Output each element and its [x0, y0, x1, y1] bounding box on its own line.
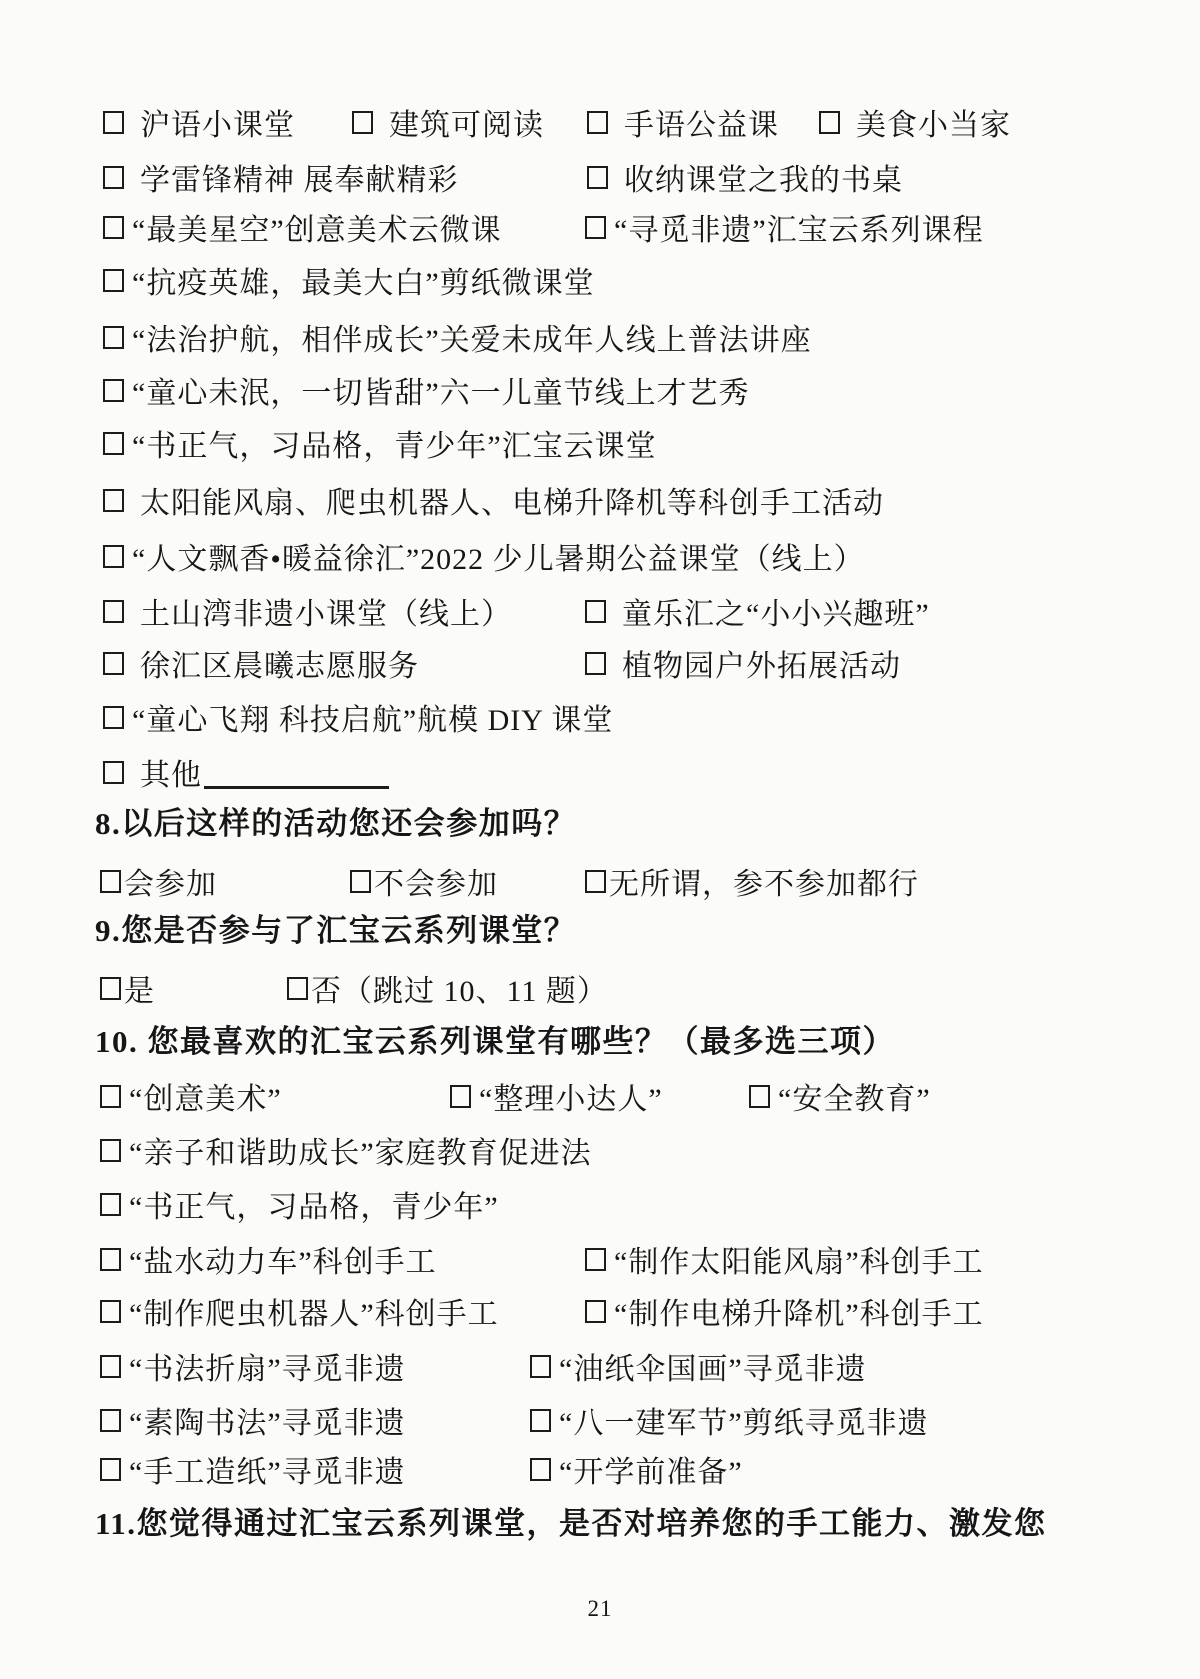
- checkbox-icon[interactable]: [100, 1458, 121, 1481]
- survey-option[interactable]: “安全教育”: [749, 1076, 931, 1116]
- survey-option[interactable]: “童心未泯，一切皆甜”六一儿童节线上才艺秀: [103, 370, 750, 410]
- option-label: “手工造纸”寻觅非遗: [129, 1447, 406, 1491]
- option-label: 沪语小课堂: [140, 100, 295, 144]
- option-label: 是: [124, 966, 155, 1010]
- checkbox-icon[interactable]: [530, 1409, 551, 1432]
- survey-option[interactable]: “制作电梯升降机”科创手工: [585, 1291, 984, 1331]
- checkbox-icon[interactable]: [103, 111, 124, 134]
- option-label: “法治护航，相伴成长”关爱未成年人线上普法讲座: [132, 315, 812, 359]
- checkbox-icon[interactable]: [103, 652, 124, 675]
- option-label: “书正气，习品格，青少年”: [129, 1182, 499, 1226]
- option-label: 不会参加: [374, 859, 498, 903]
- survey-option[interactable]: 不会参加: [350, 861, 498, 901]
- survey-option[interactable]: “书正气，习品格，青少年”汇宝云课堂: [103, 423, 657, 463]
- survey-option[interactable]: 建筑可阅读: [352, 102, 544, 142]
- option-label: 童乐汇之“小小兴趣班”: [622, 589, 930, 633]
- option-label: 否（跳过 10、11 题）: [311, 966, 608, 1010]
- option-label: “创意美术”: [129, 1074, 282, 1118]
- option-label: “制作太阳能风扇”科创手工: [614, 1237, 984, 1281]
- option-label: 植物园户外拓展活动: [622, 641, 901, 685]
- checkbox-icon[interactable]: [103, 761, 124, 784]
- option-label: “书正气，习品格，青少年”汇宝云课堂: [132, 421, 657, 465]
- option-label: “制作电梯升降机”科创手工: [614, 1289, 984, 1333]
- checkbox-icon[interactable]: [103, 379, 124, 402]
- option-label: “油纸伞国画”寻觅非遗: [559, 1344, 867, 1388]
- survey-option[interactable]: “人文飘香•暖益徐汇”2022 少儿暑期公益课堂（线上）: [103, 536, 865, 576]
- checkbox-icon[interactable]: [103, 269, 124, 292]
- question-10-title: 10. 您最喜欢的汇宝云系列课堂有哪些？（最多选三项）: [95, 1021, 895, 1063]
- survey-option[interactable]: “整理小达人”: [450, 1076, 663, 1116]
- option-label: “盐水动力车”科创手工: [129, 1237, 437, 1281]
- option-label: “抗疫英雄，最美大白”剪纸微课堂: [132, 258, 595, 302]
- option-label: “八一建军节”剪纸寻觅非遗: [559, 1398, 929, 1442]
- option-label: “最美星空”创意美术云微课: [132, 205, 502, 249]
- survey-option[interactable]: “亲子和谐助成长”家庭教育促进法: [100, 1130, 592, 1170]
- option-label: “寻觅非遗”汇宝云系列课程: [614, 205, 984, 249]
- option-label: 收纳课堂之我的书桌: [624, 155, 903, 199]
- survey-option[interactable]: “八一建军节”剪纸寻觅非遗: [530, 1400, 929, 1440]
- option-label: “制作爬虫机器人”科创手工: [129, 1289, 499, 1333]
- survey-option[interactable]: “法治护航，相伴成长”关爱未成年人线上普法讲座: [103, 317, 812, 357]
- checkbox-icon[interactable]: [100, 1300, 121, 1323]
- option-label: 其他: [140, 750, 202, 794]
- option-label: 手语公益课: [624, 100, 779, 144]
- checkbox-icon[interactable]: [103, 432, 124, 455]
- checkbox-icon[interactable]: [450, 1085, 471, 1108]
- survey-option[interactable]: “童心飞翔 科技启航”航模 DIY 课堂: [103, 697, 613, 737]
- option-label: 建筑可阅读: [389, 100, 544, 144]
- checkbox-icon[interactable]: [530, 1355, 551, 1378]
- checkbox-icon[interactable]: [103, 545, 124, 568]
- survey-option[interactable]: “盐水动力车”科创手工: [100, 1239, 437, 1279]
- survey-option[interactable]: 太阳能风扇、爬虫机器人、电梯升降机等科创手工活动: [103, 480, 884, 520]
- checkbox-icon[interactable]: [749, 1085, 770, 1108]
- checkbox-icon[interactable]: [587, 111, 608, 134]
- option-label: 无所谓，参不参加都行: [609, 859, 919, 903]
- option-label: “整理小达人”: [479, 1074, 663, 1118]
- checkbox-icon[interactable]: [350, 870, 371, 893]
- checkbox-icon[interactable]: [585, 652, 606, 675]
- option-label: “书法折扇”寻觅非遗: [129, 1344, 406, 1388]
- fill-in-blank-line[interactable]: [204, 756, 389, 789]
- checkbox-icon[interactable]: [103, 326, 124, 349]
- survey-option[interactable]: 无所谓，参不参加都行: [585, 861, 919, 901]
- option-label: “开学前准备”: [559, 1447, 743, 1491]
- page-number: 21: [0, 1596, 1200, 1622]
- option-label: 会参加: [124, 859, 217, 903]
- checkbox-icon[interactable]: [100, 1193, 121, 1216]
- survey-option[interactable]: “制作太阳能风扇”科创手工: [585, 1239, 984, 1279]
- checkbox-icon[interactable]: [100, 870, 121, 893]
- survey-option[interactable]: 否（跳过 10、11 题）: [287, 968, 608, 1008]
- question-8-title: 8.以后这样的活动您还会参加吗？: [95, 803, 576, 845]
- survey-option[interactable]: “手工造纸”寻觅非遗: [100, 1449, 406, 1489]
- option-label: 学雷锋精神 展奉献精彩: [140, 155, 459, 199]
- option-label: 土山湾非遗小课堂（线上）: [140, 589, 512, 633]
- survey-option[interactable]: 美食小当家: [819, 102, 1011, 142]
- survey-option[interactable]: “油纸伞国画”寻觅非遗: [530, 1346, 867, 1386]
- checkbox-icon[interactable]: [100, 1409, 121, 1432]
- survey-page: 沪语小课堂 建筑可阅读 手语公益课 美食小当家 学雷锋精神 展奉献精彩 收纳课堂…: [0, 0, 1200, 1679]
- survey-option[interactable]: 童乐汇之“小小兴趣班”: [585, 591, 930, 631]
- checkbox-icon[interactable]: [585, 216, 606, 239]
- checkbox-icon[interactable]: [103, 600, 124, 623]
- option-label: “童心未泯，一切皆甜”六一儿童节线上才艺秀: [132, 368, 750, 412]
- checkbox-icon[interactable]: [103, 216, 124, 239]
- checkbox-icon[interactable]: [103, 166, 124, 189]
- survey-option[interactable]: 手语公益课: [587, 102, 779, 142]
- option-label: “安全教育”: [778, 1074, 931, 1118]
- survey-option[interactable]: “创意美术”: [100, 1076, 282, 1116]
- survey-option[interactable]: 徐汇区晨曦志愿服务: [103, 643, 419, 683]
- question-11-title: 11.您觉得通过汇宝云系列课堂，是否对培养您的手工能力、激发您: [95, 1503, 1047, 1545]
- checkbox-icon[interactable]: [585, 870, 606, 893]
- survey-option-other[interactable]: 其他: [103, 752, 389, 792]
- checkbox-icon[interactable]: [100, 1355, 121, 1378]
- checkbox-icon[interactable]: [585, 600, 606, 623]
- survey-option[interactable]: 会参加: [100, 861, 217, 901]
- checkbox-icon[interactable]: [585, 1248, 606, 1271]
- checkbox-icon[interactable]: [530, 1458, 551, 1481]
- option-label: 美食小当家: [856, 100, 1011, 144]
- survey-option[interactable]: 学雷锋精神 展奉献精彩: [103, 157, 459, 197]
- survey-option[interactable]: “抗疫英雄，最美大白”剪纸微课堂: [103, 260, 595, 300]
- survey-option[interactable]: “书正气，习品格，青少年”: [100, 1184, 499, 1224]
- checkbox-icon[interactable]: [100, 977, 121, 1000]
- checkbox-icon[interactable]: [585, 1300, 606, 1323]
- checkbox-icon[interactable]: [103, 489, 124, 512]
- option-label: 太阳能风扇、爬虫机器人、电梯升降机等科创手工活动: [140, 478, 884, 522]
- survey-option[interactable]: “素陶书法”寻觅非遗: [100, 1400, 406, 1440]
- survey-option[interactable]: 沪语小课堂: [103, 102, 295, 142]
- option-label: “人文飘香•暖益徐汇”2022 少儿暑期公益课堂（线上）: [132, 534, 865, 578]
- survey-option[interactable]: 收纳课堂之我的书桌: [587, 157, 903, 197]
- survey-option[interactable]: 植物园户外拓展活动: [585, 643, 901, 683]
- checkbox-icon[interactable]: [100, 1085, 121, 1108]
- checkbox-icon[interactable]: [100, 1139, 121, 1162]
- option-label: “素陶书法”寻觅非遗: [129, 1398, 406, 1442]
- checkbox-icon[interactable]: [819, 111, 840, 134]
- checkbox-icon[interactable]: [103, 706, 124, 729]
- option-label: 徐汇区晨曦志愿服务: [140, 641, 419, 685]
- question-9-title: 9.您是否参与了汇宝云系列课堂？: [95, 910, 576, 952]
- checkbox-icon[interactable]: [587, 166, 608, 189]
- survey-option[interactable]: “寻觅非遗”汇宝云系列课程: [585, 207, 984, 247]
- survey-option[interactable]: “开学前准备”: [530, 1449, 743, 1489]
- checkbox-icon[interactable]: [352, 111, 373, 134]
- survey-option[interactable]: “制作爬虫机器人”科创手工: [100, 1291, 499, 1331]
- checkbox-icon[interactable]: [100, 1248, 121, 1271]
- survey-option[interactable]: 是: [100, 968, 155, 1008]
- survey-option[interactable]: “最美星空”创意美术云微课: [103, 207, 502, 247]
- survey-option[interactable]: “书法折扇”寻觅非遗: [100, 1346, 406, 1386]
- option-label: “童心飞翔 科技启航”航模 DIY 课堂: [132, 695, 613, 739]
- option-label: “亲子和谐助成长”家庭教育促进法: [129, 1128, 592, 1172]
- checkbox-icon[interactable]: [287, 977, 308, 1000]
- survey-option[interactable]: 土山湾非遗小课堂（线上）: [103, 591, 512, 631]
